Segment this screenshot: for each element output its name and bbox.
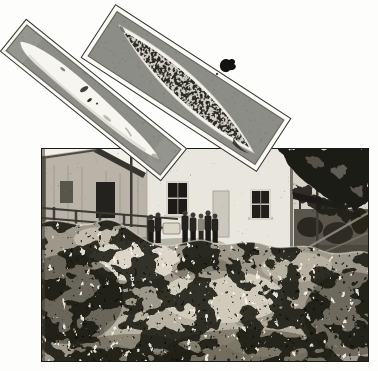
halftone-grain — [42, 149, 368, 361]
yard-scene — [42, 149, 368, 361]
photo-collage — [0, 0, 378, 371]
ink-smudge — [213, 55, 239, 79]
excavation-yard-photo — [41, 148, 369, 362]
